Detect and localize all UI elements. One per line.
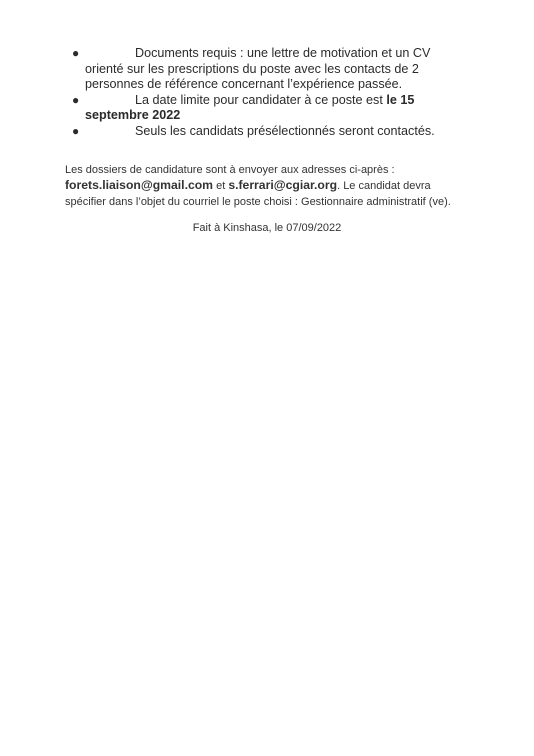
signature-line: Fait à Kinshasa, le 07/09/2022: [0, 222, 534, 234]
bullet-icon: ●: [72, 93, 79, 109]
requirements-list: ●Documents requis : une lettre de motiva…: [0, 46, 534, 140]
list-item: ●Documents requis : une lettre de motiva…: [0, 46, 465, 93]
email-link-2[interactable]: s.ferrari@cgiar.org: [228, 178, 337, 192]
list-item: ●Seuls les candidats présélectionnés ser…: [0, 124, 465, 140]
requirement-shortlist: Seuls les candidats présélectionnés sero…: [135, 124, 435, 138]
email-link-1[interactable]: forets.liaison@gmail.com: [65, 178, 213, 192]
list-item: ●La date limite pour candidater à ce pos…: [0, 93, 465, 124]
requirement-deadline: La date limite pour candidater à ce post…: [135, 93, 386, 107]
requirement-documents: Documents requis : une lettre de motivat…: [85, 46, 430, 91]
bullet-icon: ●: [72, 124, 79, 140]
bullet-icon: ●: [72, 46, 79, 62]
application-instructions: Les dossiers de candidature sont à envoy…: [65, 163, 465, 210]
